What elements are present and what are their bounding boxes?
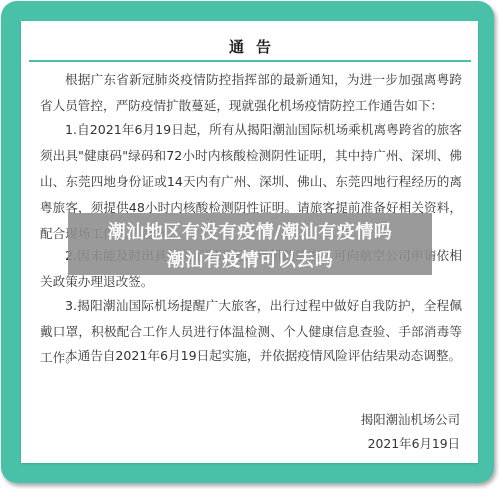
notice-title: 通告 <box>0 36 500 57</box>
overlay-headline-1: 潮汕地区有没有疫情/潮汕有疫情吗 <box>68 218 432 244</box>
signature-date: 2021年6月19日 <box>300 434 460 452</box>
title-char-2: 告 <box>256 38 271 56</box>
intro-paragraph: 根据广东省新冠肺炎疫情防控指挥部的最新通知，为进一步加强离粤跨省人员管控，严防疫… <box>40 67 462 119</box>
title-divider <box>29 60 471 62</box>
closing-paragraph: 本通告自2021年6月19日起实施，并依据疫情风险评估结果动态调整。 <box>40 343 462 369</box>
signature-org: 揭阳潮汕机场公司 <box>300 410 460 428</box>
headline-overlay: 潮汕地区有没有疫情/潮汕有疫情吗 潮汕有疫情可以去吗 <box>68 213 432 275</box>
title-char-1: 通 <box>229 38 244 56</box>
overlay-headline-2: 潮汕有疫情可以去吗 <box>68 246 432 272</box>
